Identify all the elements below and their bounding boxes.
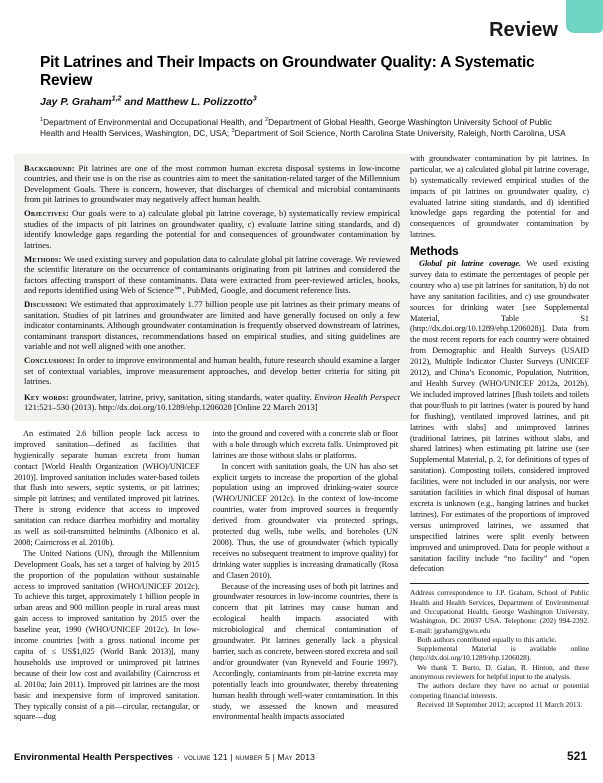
paragraph-continuation: into the ground and covered with a concr… [213,429,399,462]
footnote-contributions: Both authors contributed equally to this… [410,635,589,644]
methods-lead-in: Global pit latrine coverage. [419,259,521,268]
abstract-section-methods: Methods: We used existing survey and pop… [24,254,400,296]
citation-details: 121:521–530 (2013). http://dx.doi.org/10… [24,402,318,412]
keywords-text: groundwater, latrine, privy, sanitation,… [72,392,312,402]
body-columns: An estimated 2.6 billion people lack acc… [14,429,398,723]
author-2-superscript: 3 [253,95,257,103]
journal-page: Review Pit Latrines and Their Impacts on… [0,0,603,783]
abstract-section-conclusions: Conclusions: In order to improve environ… [24,355,400,387]
author-1: Jay P. Graham [40,96,112,108]
abstract-label-discussion: Discussion: [24,299,68,309]
body-column-3: with groundwater contamination by pit la… [410,154,589,709]
footnote-dates: Received 18 September 2012; accepted 11 … [410,700,589,709]
keywords-line: Key words: groundwater, latrine, privy, … [24,392,400,413]
affiliations: 1Department of Environmental and Occupat… [40,117,568,140]
abstract-text-discussion: We estimated that approximately 1.77 bil… [24,299,400,351]
body-column-1: An estimated 2.6 billion people lack acc… [14,429,200,723]
review-label: Review [489,19,558,42]
abstract-text-conclusions: In order to improve environmental and hu… [24,355,400,386]
abstract-box: Background: Pit latrines are one of the … [14,154,410,421]
page-footer: Environmental Health Perspectives·volume… [14,747,587,765]
article-content: Background: Pit latrines are one of the … [14,154,589,723]
paragraph: In concert with sanitation goals, the UN… [213,462,399,582]
footer-separator-dot: · [177,752,180,762]
abstract-section-background: Background: Pit latrines are one of the … [24,163,400,205]
left-area: Background: Pit latrines are one of the … [14,154,398,723]
abstract-label-conclusions: Conclusions: [24,355,75,365]
methods-heading: Methods [410,246,589,257]
abstract-label-objectives: Objectives: [24,208,69,218]
body-column-2: into the ground and covered with a concr… [213,429,399,723]
citation-journal-name: Environ Health Perspect [314,392,400,402]
review-corner-tab [566,0,603,33]
paragraph: An estimated 2.6 billion people lack acc… [14,429,200,549]
abstract-label-methods: Methods: [24,254,62,264]
abstract-label-background: Background: [24,163,75,173]
author-2: Matthew L. Polizzotto [146,96,253,108]
abstract-text-background: Pit latrines are one of the most common … [24,163,400,205]
article-header: Pit Latrines and Their Impacts on Ground… [40,54,575,140]
issue-info: volume 121 | number 5 | May 2013 [184,752,315,762]
abstract-text-methods: We used existing survey and population d… [24,254,400,296]
footnote-correspondence: Address correspondence to J.P. Graham, S… [410,588,589,634]
methods-text: We used existing survey data to estimate… [410,259,589,573]
affiliation-3: Department of Soil Science, North Caroli… [235,128,566,138]
abstract-section-discussion: Discussion: We estimated that approximat… [24,299,400,352]
page-title: Pit Latrines and Their Impacts on Ground… [40,54,575,90]
authors-line: Jay P. Graham1,2 and Matthew L. Polizzot… [40,96,575,108]
keywords-label: Key words: [24,392,69,402]
journal-name: Environmental Health Perspectives [14,752,173,763]
methods-paragraph: Global pit latrine coverage. We used exi… [410,259,589,575]
paragraph: The United Nations (UN), through the Mil… [14,549,200,724]
affiliation-1: Department of Environmental and Occupati… [43,117,265,127]
paragraph-continuation: with groundwater contamination by pit la… [410,154,589,241]
paragraph: Because of the increasing uses of both p… [213,582,399,724]
page-number: 521 [567,749,587,763]
abstract-section-objectives: Objectives: Our goals were to a) calcula… [24,208,400,250]
footnotes-block: Address correspondence to J.P. Graham, S… [410,583,589,709]
author-joiner: and [122,96,147,108]
footnote-acknowledgments: We thank T. Burto, D. Galan, R. Hinton, … [410,663,589,682]
footnote-supplemental: Supplemental Material is available onlin… [410,644,589,663]
abstract-text-objectives: Our goals were to a) calculate global pi… [24,208,400,250]
journal-footer-line: Environmental Health Perspectives·volume… [14,747,315,765]
footnote-competing-interests: The authors declare they have no actual … [410,681,589,700]
author-1-superscript: 1,2 [112,95,122,103]
